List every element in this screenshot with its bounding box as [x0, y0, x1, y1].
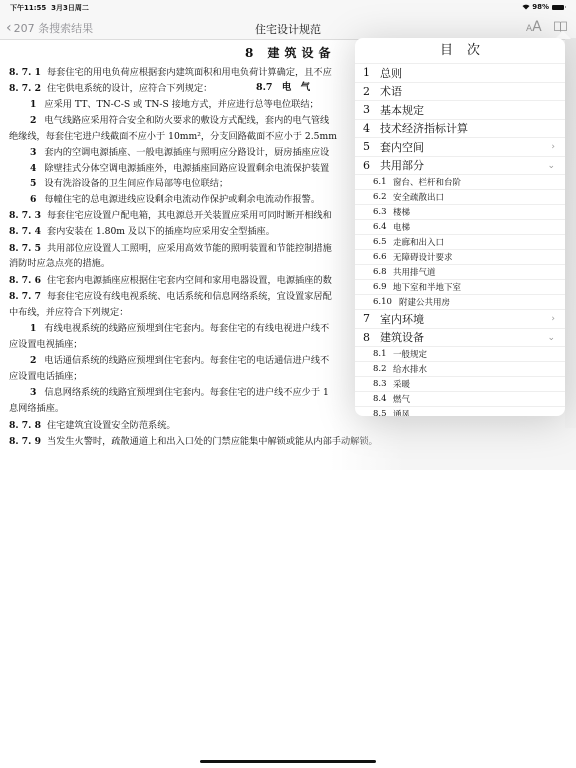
font-size-button[interactable]: AA: [526, 19, 542, 35]
clause-text: 应采用 TT、TN-C-S 或 TN-S 接地方式，并应进行总等电位联结；: [44, 99, 318, 110]
paragraph: 8. 7. 5共用部位应设置人工照明，应采用高效节能的照明装置和节能控制措施: [9, 241, 332, 256]
clause-number: 8. 7. 7: [9, 291, 41, 302]
toc-item-number: 8.1: [373, 349, 393, 359]
toc-item[interactable]: 8.3采暖: [355, 377, 565, 392]
clause-number: 8. 7. 1: [9, 67, 41, 78]
paragraph: 3套内的空调电源插座、一般电源插座与照明应分路设计，厨房插座应设: [30, 145, 329, 160]
wifi-icon: [522, 4, 530, 10]
toc-item-number: 6.10: [373, 297, 399, 307]
paragraph: 8. 7. 3每套住宅应设置户配电箱，其电源总开关装置应采用可同时断开相线和: [9, 208, 332, 223]
home-indicator[interactable]: [200, 760, 376, 763]
toc-item-number: 6.1: [373, 177, 393, 187]
paragraph: 6每幢住宅的总电源进线应设剩余电流动作保护或剩余电流动作报警。: [30, 192, 320, 207]
clause-text: 中布线，并应符合下列规定：: [9, 307, 128, 318]
clause-text: 套内安装在 1.80m 及以下的插座均应采用安全型插座。: [47, 226, 275, 237]
toc-item-label: 总则: [380, 65, 402, 81]
toc-item-number: 6: [363, 159, 380, 172]
chevron-down-icon[interactable]: ⌄: [547, 157, 555, 175]
toc-popover: 目次 1总则2术语3基本规定4技术经济指标计算5套内空间›6共用部分⌄6.1窗台…: [355, 38, 565, 416]
toc-item-label: 燃气: [393, 393, 410, 405]
battery-icon: [552, 5, 564, 10]
toc-item-number: 7: [363, 312, 380, 325]
clause-text: 每套住宅应设有线电视系统、电话系统和信息网络系统，宜设置家居配: [47, 291, 332, 302]
clause-number: 2: [30, 115, 36, 126]
toc-item-number: 5: [363, 140, 380, 153]
toc-item-number: 8: [363, 331, 380, 344]
clause-text: 共用部位应设置人工照明，应采用高效节能的照明装置和节能控制措施: [47, 243, 332, 254]
status-bar: 下午11:55 3月3日周二 98%: [0, 0, 576, 14]
toc-item-label: 无障碍设计要求: [393, 251, 453, 263]
clause-number: 8. 7. 3: [9, 210, 41, 221]
toc-list[interactable]: 1总则2术语3基本规定4技术经济指标计算5套内空间›6共用部分⌄6.1窗台、栏杆…: [355, 64, 565, 416]
toc-item-number: 3: [363, 103, 380, 116]
clause-text: 息网络插座。: [9, 403, 64, 414]
clause-text: 电话通信系统的线路应预埋到住宅套内。每套住宅的电话通信进户线不: [44, 355, 329, 366]
paragraph: 3信息网络系统的线路宜预埋到住宅套内。每套住宅的进户线不应少于 1: [30, 385, 329, 400]
toc-item[interactable]: 6.10附建公共用房: [355, 295, 565, 310]
toc-item[interactable]: 4技术经济指标计算: [355, 120, 565, 139]
paragraph: 8. 7. 1每套住宅的用电负荷应根据套内建筑面积和用电负荷计算确定，且不应: [9, 65, 332, 80]
clause-text: 电气线路应采用符合安全和防火要求的敷设方式配线，套内的电气管线: [44, 115, 329, 126]
paragraph: 8. 7. 9当发生火警时，疏散通道上和出入口处的门禁应能集中解锁或能从内部手动…: [9, 434, 378, 449]
paragraph: 消防时应急点亮的措施。: [9, 256, 110, 271]
toc-item[interactable]: 6.4电梯: [355, 220, 565, 235]
date-text: 3月3日周二: [51, 4, 89, 12]
toc-item[interactable]: 8.1一般规定: [355, 347, 565, 362]
toc-item-label: 楼梯: [393, 206, 410, 218]
paragraph: 8. 7. 7每套住宅应设有线电视系统、电话系统和信息网络系统，宜设置家居配: [9, 289, 332, 304]
clause-number: 1: [30, 99, 36, 110]
clause-number: 5: [30, 178, 36, 189]
chevron-right-icon[interactable]: ›: [551, 138, 555, 156]
clause-number: 8. 7. 9: [9, 436, 41, 447]
status-time: 下午11:55 3月3日周二: [10, 3, 89, 13]
scrollbar-track: [565, 38, 576, 428]
toc-item[interactable]: 1总则: [355, 64, 565, 83]
paragraph: 8. 7. 2住宅供电系统的设计，应符合下列规定：: [9, 81, 212, 96]
toc-item-label: 采暖: [393, 378, 410, 390]
navigation-bar: ‹ 207 条搜索结果 住宅设计规范 AA: [0, 14, 576, 40]
clause-number: 8. 7. 8: [9, 420, 41, 431]
clause-number: 3: [30, 387, 36, 398]
toc-item-number: 6.5: [373, 237, 393, 247]
toc-item-number: 6.3: [373, 207, 393, 217]
toc-item-number: 8.4: [373, 394, 393, 404]
clause-text: 套内的空调电源插座、一般电源插座与照明应分路设计，厨房插座应设: [44, 147, 329, 158]
toc-item-number: 8.5: [373, 409, 393, 416]
clause-number: 1: [30, 323, 36, 334]
toc-item[interactable]: 6.6无障碍设计要求: [355, 250, 565, 265]
toc-item[interactable]: 2术语: [355, 83, 565, 102]
clause-number: 8. 7. 5: [9, 243, 41, 254]
toc-item-label: 技术经济指标计算: [380, 120, 468, 136]
toc-item-label: 安全疏散出口: [393, 191, 444, 203]
toc-item[interactable]: 6共用部分⌄: [355, 157, 565, 176]
chevron-right-icon[interactable]: ›: [551, 310, 555, 328]
clause-number: 2: [30, 355, 36, 366]
paragraph: 4除壁挂式分体空调电源插座外，电源插座回路应设置剩余电流保护装置: [30, 161, 329, 176]
clause-text: 应设置电话插座；: [9, 371, 83, 382]
clause-text: 住宅建筑宜设置安全防范系统。: [47, 420, 176, 431]
toc-item-label: 通风: [393, 408, 410, 416]
paragraph: 2电话通信系统的线路应预埋到住宅套内。每套住宅的电话通信进户线不: [30, 353, 329, 368]
clause-number: 8. 7. 6: [9, 275, 41, 286]
paragraph: 应设置电话插座；: [9, 369, 83, 384]
toc-item-number: 2: [363, 85, 380, 98]
toc-title: 目次: [355, 38, 565, 64]
clause-text: 设有洗浴设备的卫生间应作局部等电位联结；: [44, 178, 228, 189]
toc-item-label: 窗台、栏杆和台阶: [393, 176, 461, 188]
toc-item-number: 1: [363, 66, 380, 79]
time-text: 下午11:55: [10, 4, 46, 12]
toc-item[interactable]: 6.9地下室和半地下室: [355, 280, 565, 295]
toc-item[interactable]: 8.2给水排水: [355, 362, 565, 377]
toc-item-number: 6.9: [373, 282, 393, 292]
clause-text: 当发生火警时，疏散通道上和出入口处的门禁应能集中解锁或能从内部手动解锁。: [47, 436, 378, 447]
clause-number: 4: [30, 163, 36, 174]
toc-item-label: 共用部分: [380, 157, 424, 173]
clause-text: 住宅供电系统的设计，应符合下列规定：: [47, 83, 212, 94]
toc-item-number: 8.3: [373, 379, 393, 389]
toc-item-number: 6.4: [373, 222, 393, 232]
toc-item-label: 走廊和出入口: [393, 236, 444, 248]
clause-text: 应设置电视插座；: [9, 339, 83, 350]
toc-item-label: 套内空间: [380, 139, 424, 155]
section-heading: 8.7 电 气: [256, 80, 310, 95]
clause-text: 消防时应急点亮的措施。: [9, 258, 110, 269]
page-title: 住宅设计规范: [0, 21, 576, 37]
clause-text: 有线电视系统的线路应预埋到住宅套内。每套住宅的有线电视进户线不: [44, 323, 329, 334]
toc-item[interactable]: 8.5通风: [355, 407, 565, 416]
toc-item[interactable]: 7室内环境›: [355, 310, 565, 329]
toc-item-label: 共用排气道: [393, 266, 436, 278]
status-right: 98%: [522, 3, 564, 11]
toc-item-number: 4: [363, 122, 380, 135]
toc-item-label: 附建公共用房: [399, 296, 450, 308]
toc-item-number: 6.8: [373, 267, 393, 277]
toc-item[interactable]: 6.8共用排气道: [355, 265, 565, 280]
toc-item[interactable]: 6.2安全疏散出口: [355, 190, 565, 205]
paragraph: 5设有洗浴设备的卫生间应作局部等电位联结；: [30, 176, 228, 191]
chevron-down-icon[interactable]: ⌄: [547, 329, 555, 347]
clause-number: 8. 7. 4: [9, 226, 41, 237]
toc-item-label: 室内环境: [380, 311, 424, 327]
clause-text: 除壁挂式分体空调电源插座外，电源插座回路应设置剩余电流保护装置: [44, 163, 329, 174]
clause-text: 信息网络系统的线路宜预埋到住宅套内。每套住宅的进户线不应少于 1: [44, 387, 328, 398]
toc-item[interactable]: 8.4燃气: [355, 392, 565, 407]
paragraph: 2电气线路应采用符合安全和防火要求的敷设方式配线，套内的电气管线: [30, 113, 329, 128]
paragraph: 绝缘线，每套住宅进户线截面不应小于 10mm²，分支回路截面不应小于 2.5mm: [9, 129, 337, 144]
toc-item-number: 6.6: [373, 252, 393, 262]
toc-item[interactable]: 5套内空间›: [355, 138, 565, 157]
paragraph: 8. 7. 8住宅建筑宜设置安全防范系统。: [9, 418, 176, 433]
paragraph: 息网络插座。: [9, 401, 64, 416]
paragraph: 应设置电视插座；: [9, 337, 83, 352]
clause-text: 住宅套内电源插座应根据住宅套内空间和家用电器设置，电源插座的数: [47, 275, 332, 286]
clause-text: 每幢住宅的总电源进线应设剩余电流动作保护或剩余电流动作报警。: [44, 194, 320, 205]
toc-item-number: 8.2: [373, 364, 393, 374]
clause-number: 8. 7. 2: [9, 83, 41, 94]
toc-item[interactable]: 8建筑设备⌄: [355, 329, 565, 348]
clause-number: 3: [30, 147, 36, 158]
paragraph: 1应采用 TT、TN-C-S 或 TN-S 接地方式，并应进行总等电位联结；: [30, 97, 319, 112]
toc-item-label: 术语: [380, 83, 402, 99]
toc-item-label: 建筑设备: [380, 329, 424, 345]
toc-item-label: 给水排水: [393, 363, 427, 375]
toc-item[interactable]: 6.3楼梯: [355, 205, 565, 220]
paragraph: 1有线电视系统的线路应预埋到住宅套内。每套住宅的有线电视进户线不: [30, 321, 329, 336]
paragraph: 8. 7. 6住宅套内电源插座应根据住宅套内空间和家用电器设置，电源插座的数: [9, 273, 332, 288]
toc-item[interactable]: 6.5走廊和出入口: [355, 235, 565, 250]
clause-text: 每套住宅的用电负荷应根据套内建筑面积和用电负荷计算确定，且不应: [47, 67, 332, 78]
clause-text: 绝缘线，每套住宅进户线截面不应小于 10mm²，分支回路截面不应小于 2.5mm: [9, 131, 337, 142]
toc-item[interactable]: 3基本规定: [355, 101, 565, 120]
clause-number: 6: [30, 194, 36, 205]
paragraph: 中布线，并应符合下列规定：: [9, 305, 128, 320]
toc-item[interactable]: 6.1窗台、栏杆和台阶: [355, 175, 565, 190]
paragraph: 8. 7. 4套内安装在 1.80m 及以下的插座均应采用安全型插座。: [9, 224, 275, 239]
toc-item-label: 一般规定: [393, 348, 427, 360]
toc-item-number: 6.2: [373, 192, 393, 202]
toc-item-label: 基本规定: [380, 102, 424, 118]
chapter-heading: 8 建筑设备: [245, 46, 336, 61]
toc-item-label: 地下室和半地下室: [393, 281, 461, 293]
toc-item-label: 电梯: [393, 221, 410, 233]
battery-percent: 98%: [532, 3, 549, 11]
clause-text: 每套住宅应设置户配电箱，其电源总开关装置应采用可同时断开相线和: [47, 210, 332, 221]
